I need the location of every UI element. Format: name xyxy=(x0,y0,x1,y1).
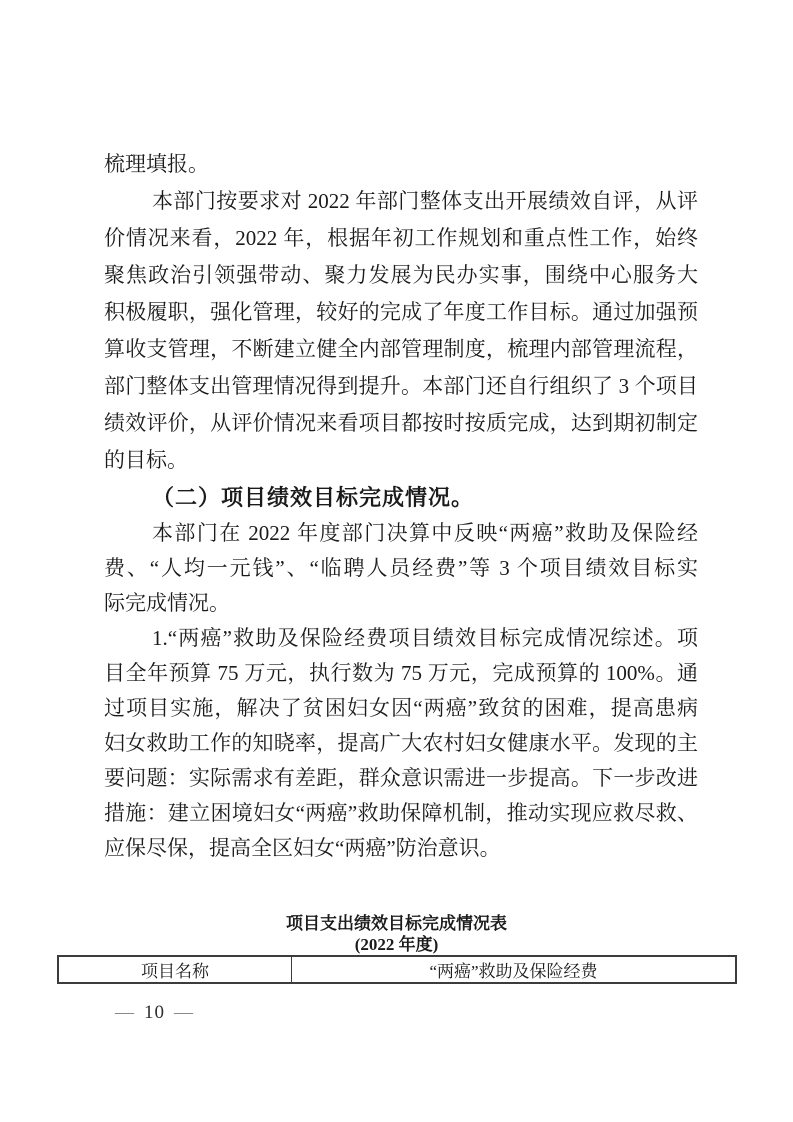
page-number-dash-right: — xyxy=(165,1002,203,1023)
text-line: 积极履职，强化管理，较好的完成了年度工作目标。通过加强预 xyxy=(104,294,698,331)
text-line: 本部门按要求对 2022 年部门整体支出开展绩效自评，从评 xyxy=(104,183,698,220)
table-cell-project-name-label: 项目名称 xyxy=(58,956,292,983)
text-line: 价情况来看，2022 年，根据年初工作规划和重点性工作，始终 xyxy=(104,220,698,257)
text-line: 妇女救助工作的知晓率，提高广大农村妇女健康水平。发现的主 xyxy=(104,726,698,761)
text-line: 部门整体支出管理情况得到提升。本部门还自行组织了 3 个项目 xyxy=(104,368,698,405)
table-row: 项目名称 “两癌”救助及保险经费 xyxy=(58,956,736,983)
text-line: 目全年预算 75 万元，执行数为 75 万元，完成预算的 100%。通 xyxy=(104,656,698,691)
text-line: 际完成情况。 xyxy=(104,586,698,621)
text-line: 费、“人均一元钱”、“临聘人员经费”等 3 个项目绩效目标实 xyxy=(104,551,698,586)
text-line: 1.“两癌”救助及保险经费项目绩效目标完成情况综述。项 xyxy=(104,621,698,656)
table-cell-project-name-value: “两癌”救助及保险经费 xyxy=(292,956,737,983)
text-line: 的目标。 xyxy=(104,442,698,479)
table-title: 项目支出绩效目标完成情况表 xyxy=(0,913,793,934)
text-line: 过项目实施，解决了贫困妇女因“两癌”致贫的困难，提高患病 xyxy=(104,691,698,726)
table-subtitle: (2022 年度) xyxy=(0,935,793,955)
text-line: 措施：建立困境妇女“两癌”救助保障机制，推动实现应救尽救、 xyxy=(104,796,698,831)
document-page: 梳理填报。 本部门按要求对 2022 年部门整体支出开展绩效自评，从评 价情况来… xyxy=(0,0,793,1122)
text-line: 梳理填报。 xyxy=(104,146,698,183)
text-line: 应保尽保，提高全区妇女“两癌”防治意识。 xyxy=(104,831,698,866)
performance-table: 项目名称 “两癌”救助及保险经费 xyxy=(57,955,737,984)
body-text: 梳理填报。 本部门按要求对 2022 年部门整体支出开展绩效自评，从评 价情况来… xyxy=(104,146,698,866)
text-line: 要问题：实际需求有差距，群众意识需进一步提高。下一步改进 xyxy=(104,761,698,796)
text-line: 聚焦政治引领强带动、聚力发展为民办实事，围绕中心服务大局， xyxy=(104,257,698,294)
page-number: —10— xyxy=(106,1002,203,1024)
section-heading: （二）项目绩效目标完成情况。 xyxy=(104,479,698,516)
text-line: 算收支管理，不断建立健全内部管理制度，梳理内部管理流程， xyxy=(104,331,698,368)
text-line: 本部门在 2022 年度部门决算中反映“两癌”救助及保险经 xyxy=(104,516,698,551)
text-line: 绩效评价，从评价情况来看项目都按时按质完成，达到期初制定 xyxy=(104,405,698,442)
page-number-value: 10 xyxy=(144,1002,165,1023)
page-number-dash-left: — xyxy=(106,1002,144,1023)
